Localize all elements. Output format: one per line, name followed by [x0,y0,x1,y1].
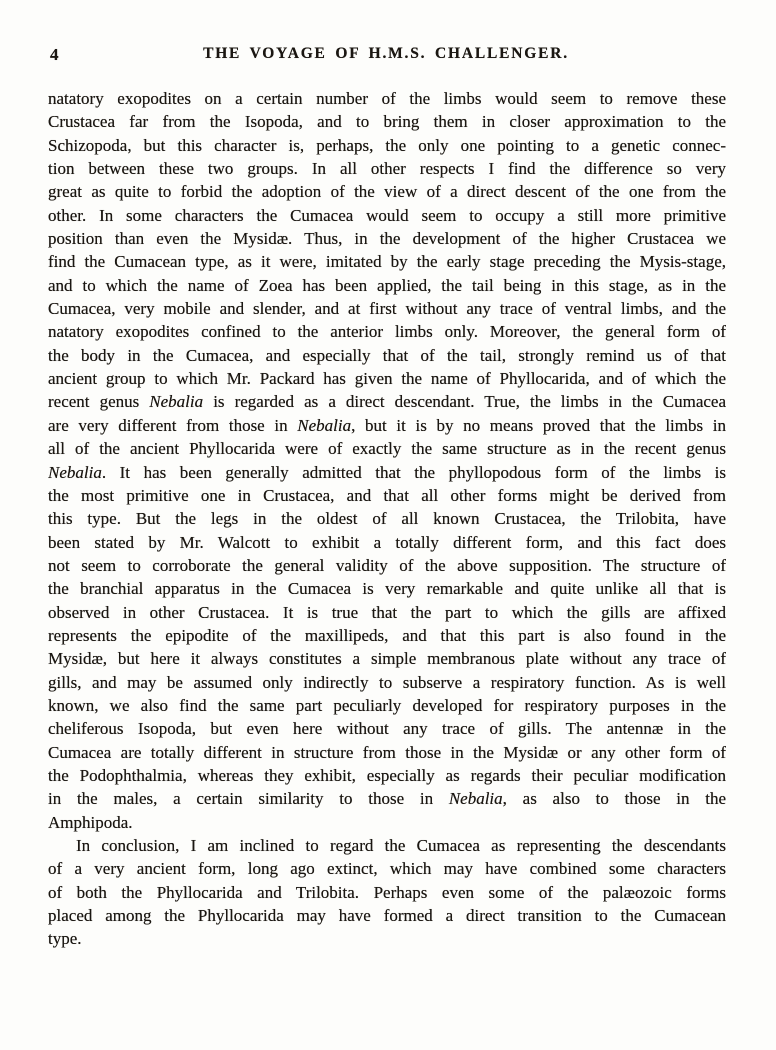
text-line: In conclusion, I am inclined to regard t… [48,834,726,857]
text-line: not seem to corroborate the general vali… [48,554,726,577]
text-line: this type. But the legs in the oldest of… [48,507,726,530]
text-block: natatory exopodites on a certain number … [48,87,726,951]
text-line: the most primitive one in Crustacea, and… [48,484,726,507]
text-line: ancient group to which Mr. Packard has g… [48,367,726,390]
text-line: the body in the Cumacea, and especially … [48,344,726,367]
text-line: all of the ancient Phyllocarida were of … [48,437,726,460]
text-line: known, we also find the same part peculi… [48,694,726,717]
text-line: and to which the name of Zoea has been a… [48,274,726,297]
book-page: 4 THE VOYAGE OF H.M.S. CHALLENGER. natat… [0,0,776,1050]
text-line: Nebalia. It has been generally admitted … [48,461,726,484]
text-line: Crustacea far from the Isopoda, and to b… [48,110,726,133]
text-line: in the males, a certain similarity to th… [48,787,726,810]
text-line: the branchial apparatus in the Cumacea i… [48,577,726,600]
text-line: Amphipoda. [48,811,726,834]
text-line: of both the Phyllocarida and Trilobita. … [48,881,726,904]
text-line: cheliferous Isopoda, but even here witho… [48,717,726,740]
text-line: natatory exopodites confined to the ante… [48,320,726,343]
text-line: observed in other Crustacea. It is true … [48,601,726,624]
text-line: type. [48,927,726,950]
text-line: Cumacea, very mobile and slender, and at… [48,297,726,320]
text-line: placed among the Phyllocarida may have f… [48,904,726,927]
text-line: Cumacea are totally different in structu… [48,741,726,764]
text-line: are very different from those in Nebalia… [48,414,726,437]
text-line: of a very ancient form, long ago extinct… [48,857,726,880]
text-line: great as quite to forbid the adoption of… [48,180,726,203]
text-line: represents the epipodite of the maxillip… [48,624,726,647]
text-line: natatory exopodites on a certain number … [48,87,726,110]
header-title: THE VOYAGE OF H.M.S. CHALLENGER. [48,45,724,63]
text-line: tion between these two groups. In all ot… [48,157,726,180]
text-line: position than even the Mysidæ. Thus, in … [48,227,726,250]
text-line: other. In some characters the Cumacea wo… [48,204,726,227]
text-line: Mysidæ, but here it always constitutes a… [48,647,726,670]
text-line: been stated by Mr. Walcott to exhibit a … [48,531,726,554]
page-header: 4 THE VOYAGE OF H.M.S. CHALLENGER. [48,45,724,67]
text-line: Schizopoda, but this character is, perha… [48,134,726,157]
paragraph: In conclusion, I am inclined to regard t… [48,834,726,951]
text-line: the Podophthalmia, whereas they exhibit,… [48,764,726,787]
paragraph: natatory exopodites on a certain number … [48,87,726,834]
text-line: gills, and may be assumed only indirectl… [48,671,726,694]
text-line: recent genus Nebalia is regarded as a di… [48,390,726,413]
text-line: find the Cumacean type, as it were, imit… [48,250,726,273]
